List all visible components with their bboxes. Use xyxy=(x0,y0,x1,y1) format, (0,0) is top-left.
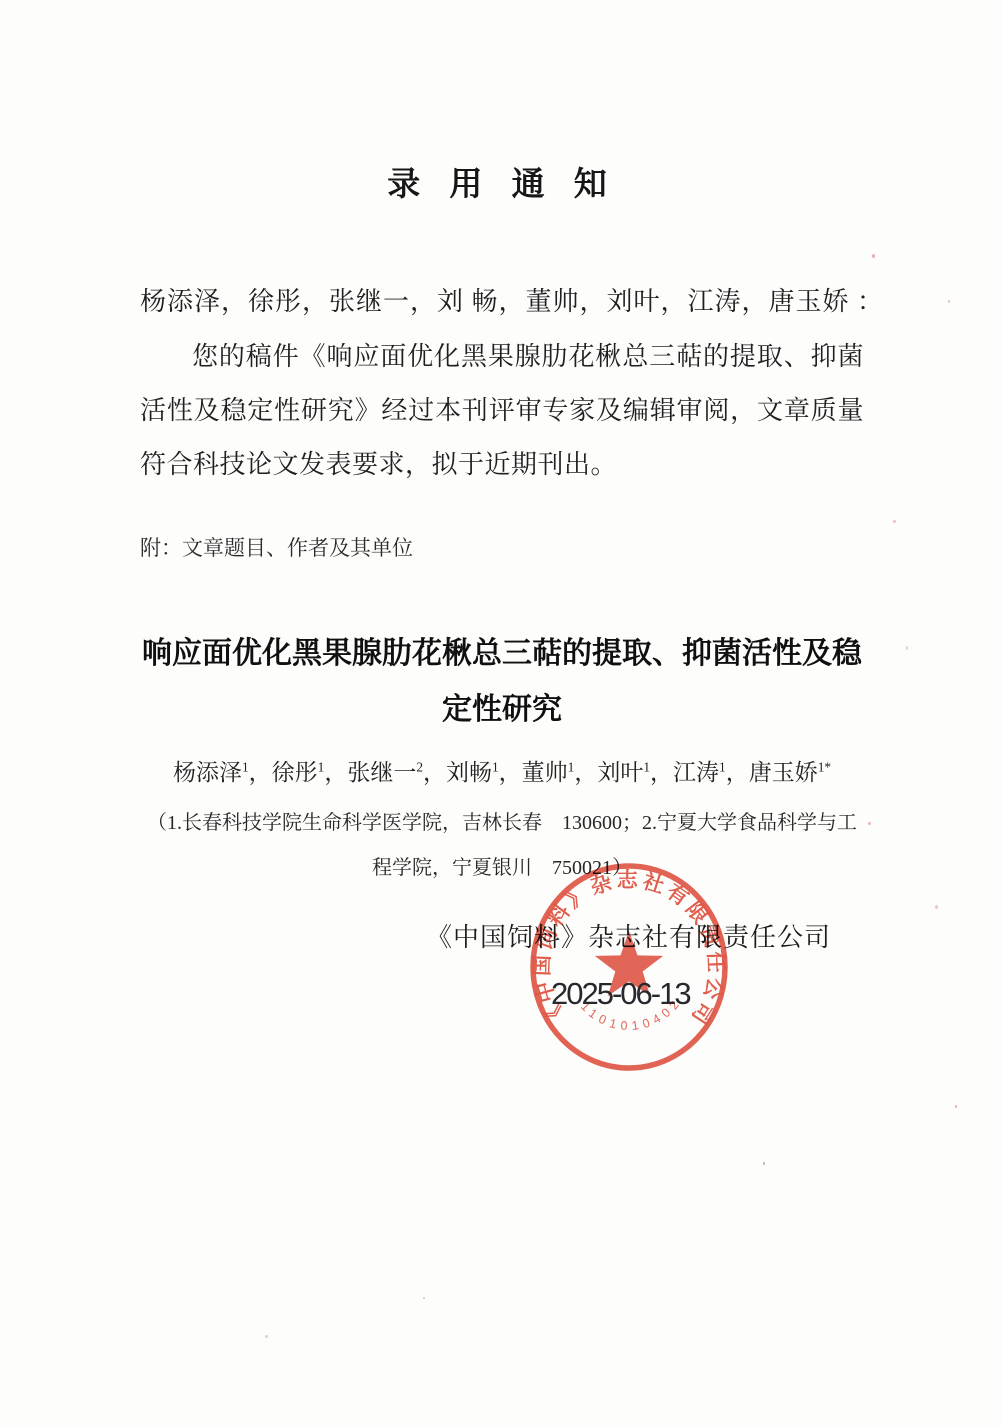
salutation-line: 杨添泽，徐彤，张继一，刘 畅，董帅，刘叶，江涛，唐玉娇 ： xyxy=(140,281,864,318)
official-seal-stamp: 《中国饲料》杂志社有限责任公司 1101010402882 xyxy=(528,861,730,1073)
paper-author: 唐玉娇1* xyxy=(749,760,831,785)
paper-author: 张继一2 xyxy=(347,760,423,785)
paper-author: 徐彤1 xyxy=(272,760,325,785)
paper-author: 刘畅1 xyxy=(446,760,499,785)
paper-author: 江涛1 xyxy=(673,760,726,785)
paper-author: 刘叶1 xyxy=(597,760,650,785)
acceptance-notice-page: 录 用 通 知 杨添泽，徐彤，张继一，刘 畅，董帅，刘叶，江涛，唐玉娇 ： 您的… xyxy=(0,0,1002,1426)
signature-date: 2025-06-13 xyxy=(551,976,690,1012)
notice-title: 录 用 通 知 xyxy=(140,158,864,205)
paper-author: 杨添泽1 xyxy=(173,760,249,785)
notice-body-paragraph: 您的稿件《响应面优化黑果腺肋花楸总三萜的提取、抑菌活性及稳定性研究》经过本刊评审… xyxy=(140,330,864,492)
paper-affiliations: （1.长春科技学院生命科学医学院，吉林长春 130600；2.宁夏大学食品科学与… xyxy=(140,801,864,891)
affiliation-line-1: （1.长春科技学院生命科学医学院，吉林长春 130600；2.宁夏大学食品科学与… xyxy=(147,812,857,834)
attachment-note: 附：文章题目、作者及其单位 xyxy=(140,532,864,562)
paper-authors: 杨添泽1，徐彤1，张继一2，刘畅1，董帅1，刘叶1，江涛1，唐玉娇1* xyxy=(140,754,864,787)
paper-author: 董帅1 xyxy=(522,760,575,785)
paper-title: 响应面优化黑果腺肋花楸总三萜的提取、抑菌活性及稳定性研究 xyxy=(140,626,864,738)
notice-content: 录 用 通 知 杨添泽，徐彤，张继一，刘 畅，董帅，刘叶，江涛，唐玉娇 ： 您的… xyxy=(0,158,1002,891)
